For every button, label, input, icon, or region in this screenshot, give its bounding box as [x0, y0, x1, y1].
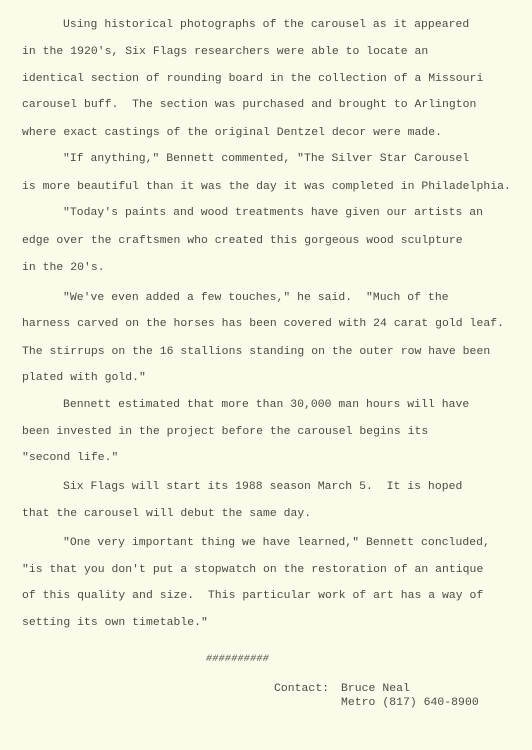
- text-line: The stirrups on the 16 stallions standin…: [22, 345, 490, 359]
- contact-phone: Metro (817) 640-8900: [341, 697, 479, 709]
- text-line: harness carved on the horses has been co…: [22, 317, 504, 331]
- end-of-release-mark: ##########: [206, 654, 269, 665]
- text-line: "Today's paints and wood treatments have…: [63, 206, 483, 220]
- text-line: Bennett estimated that more than 30,000 …: [63, 398, 469, 412]
- press-release-page: Using historical photographs of the caro…: [0, 0, 532, 750]
- text-line: Using historical photographs of the caro…: [63, 18, 469, 32]
- text-line: identical section of rounding board in t…: [22, 72, 483, 86]
- text-line: "If anything," Bennett commented, "The S…: [63, 152, 469, 166]
- text-line: that the carousel will debut the same da…: [22, 507, 311, 521]
- contact-name: Bruce Neal: [341, 683, 410, 695]
- text-line: edge over the craftsmen who created this…: [22, 234, 463, 248]
- text-line: been invested in the project before the …: [22, 425, 428, 439]
- text-line: in the 20's.: [22, 261, 105, 275]
- text-line: of this quality and size. This particula…: [22, 589, 483, 603]
- text-line: "One very important thing we have learne…: [63, 536, 490, 550]
- text-line: Six Flags will start its 1988 season Mar…: [63, 480, 462, 494]
- contact-label: Contact:: [274, 683, 329, 695]
- text-line: in the 1920's, Six Flags researchers wer…: [22, 45, 428, 59]
- text-line: plated with gold.": [22, 371, 146, 385]
- text-line: "is that you don't put a stopwatch on th…: [22, 563, 483, 577]
- text-line: "second life.": [22, 451, 118, 465]
- text-line: carousel buff. The section was purchased…: [22, 98, 476, 112]
- text-line: is more beautiful than it was the day it…: [22, 180, 511, 194]
- text-line: setting its own timetable.": [22, 616, 208, 630]
- text-line: where exact castings of the original Den…: [22, 126, 442, 140]
- text-line: "We've even added a few touches," he sai…: [63, 291, 449, 305]
